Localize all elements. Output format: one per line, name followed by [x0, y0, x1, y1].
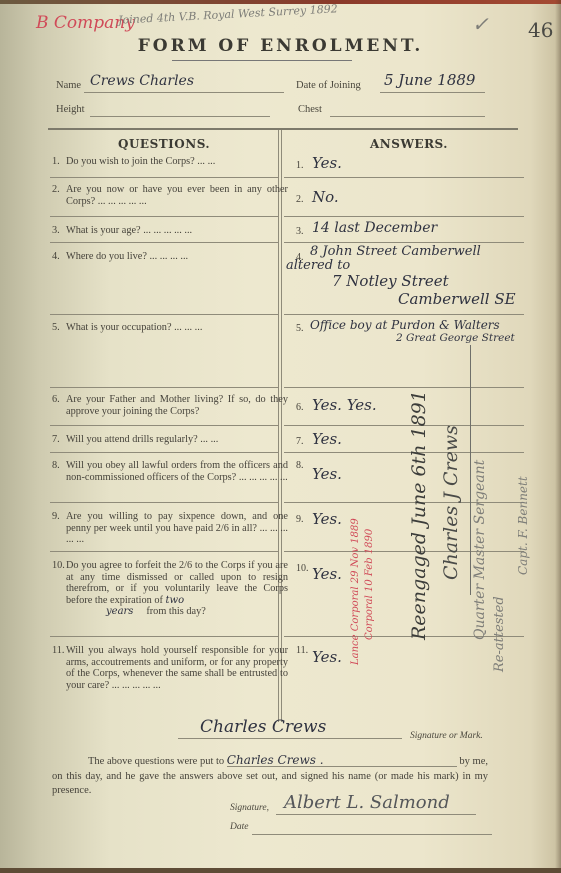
question-11: 11.Will you always hold yourself respons… [52, 645, 288, 691]
row-divider [50, 551, 278, 552]
row-divider [284, 216, 524, 217]
row-divider [284, 425, 524, 426]
height-field[interactable] [90, 116, 270, 117]
question-10: 10.Do you agree to forfeit the 2/6 to th… [52, 560, 288, 618]
question-7: 7.Will you attend drills regularly? ... … [52, 434, 288, 446]
margin-note-divider [470, 345, 471, 595]
question-9: 9.Are you willing to pay sixpence down, … [52, 511, 288, 546]
answer-number: 8. [296, 460, 304, 471]
question-text: Do you wish to join the Corps? ... ... [66, 156, 215, 167]
answers-header: ANSWERS. [370, 137, 448, 151]
signature-or-mark-label: Signature or Mark. [410, 731, 483, 741]
answer-number: 10. [296, 563, 309, 574]
question-number: 11. [52, 645, 66, 657]
chest-field[interactable] [330, 116, 485, 117]
recruit-signature-line [178, 738, 402, 739]
name-field[interactable]: Crews Charles [90, 73, 194, 89]
name-label: Name [56, 80, 81, 91]
answer-number: 2. [296, 194, 304, 205]
title-underline [172, 60, 352, 61]
answer-number: 3. [296, 226, 304, 237]
row-divider [284, 636, 524, 637]
height-label: Height [56, 104, 85, 115]
answer-7[interactable]: Yes. [312, 430, 342, 448]
answer-number: 9. [296, 514, 304, 525]
row-divider [284, 502, 524, 503]
row-divider [284, 387, 524, 388]
page-title: FORM OF ENROLMENT. [0, 36, 561, 56]
question-2: 2.Are you now or have you ever been in a… [52, 184, 288, 207]
reengaged-note: Reengaged June 6th 1891 [408, 390, 430, 640]
answer-2[interactable]: No. [312, 188, 339, 206]
answer-4-line-4[interactable]: Camberwell SE [398, 290, 516, 308]
row-divider [284, 551, 524, 552]
answer-3[interactable]: 14 last December [312, 220, 437, 236]
question-number: 10. [52, 560, 66, 572]
red-note-corporal: Corporal 10 Feb 1890 [364, 529, 375, 640]
row-divider [284, 452, 524, 453]
row-divider [50, 177, 278, 178]
question-text: Are your Father and Mother living? If so… [66, 394, 288, 417]
question-text: Will you obey all lawful orders from the… [66, 460, 288, 483]
answer-number: 11. [296, 645, 308, 656]
check-mark-icon: ✓ [472, 12, 489, 36]
date-field-line [380, 92, 485, 93]
row-divider [50, 452, 278, 453]
pencil-note-qms: Quarter Master Sergeant [472, 460, 488, 640]
date-of-joining-field[interactable]: 5 June 1889 [384, 71, 475, 89]
officer-signature-label: Signature, [230, 803, 269, 813]
question-text: What is your occupation? ... ... ... [66, 322, 202, 333]
pencil-note-reattested: Re-attested [492, 596, 507, 672]
question-6: 6.Are your Father and Mother living? If … [52, 394, 288, 417]
row-divider [50, 636, 278, 637]
question-text-end: from this day? [146, 606, 205, 617]
question-number: 7. [52, 434, 66, 446]
reengaged-signature: Charles J Crews [440, 425, 462, 580]
page-top-edge [0, 0, 561, 4]
date-field[interactable] [252, 834, 492, 835]
question-4: 4.Where do you live? ... ... ... ... [52, 251, 288, 263]
answer-11[interactable]: Yes. [312, 648, 342, 666]
joined-note-annotation: Joined 4th V.B. Royal West Surrey 1892 [118, 2, 338, 26]
question-number: 3. [52, 225, 66, 237]
answer-4[interactable]: 8 John Street Camberwell [310, 244, 481, 259]
question-text: Will you always hold yourself responsibl… [66, 645, 288, 691]
recruit-signature[interactable]: Charles Crews [200, 717, 326, 737]
question-number: 5. [52, 322, 66, 334]
answer-number: 5. [296, 323, 304, 334]
answer-4-line-3[interactable]: 7 Notley Street [332, 272, 449, 290]
question-number: 6. [52, 394, 66, 406]
chest-label: Chest [298, 104, 322, 115]
question-number: 2. [52, 184, 66, 196]
answer-1[interactable]: Yes. [312, 154, 342, 172]
red-note-lance-corporal: Lance Corporal 29 Nov 1889 [350, 518, 361, 665]
question-number: 1. [52, 156, 66, 168]
question-number: 4. [52, 251, 66, 263]
answer-5-line-2[interactable]: 2 Great George Street [396, 332, 515, 344]
statement-name-field[interactable]: Charles Crews . [227, 754, 457, 767]
row-divider [284, 242, 524, 243]
answer-number: 1. [296, 160, 304, 171]
answer-9[interactable]: Yes. [312, 510, 342, 528]
row-divider [50, 387, 278, 388]
answer-10[interactable]: Yes. [312, 565, 342, 583]
answer-6[interactable]: Yes. Yes. [312, 396, 377, 414]
page-bottom-edge [0, 868, 561, 873]
question-3: 3.What is your age? ... ... ... ... ... [52, 225, 288, 237]
name-field-line [84, 92, 284, 93]
row-divider [50, 216, 278, 217]
question-number: 8. [52, 460, 66, 472]
questions-header: QUESTIONS. [118, 137, 210, 151]
column-divider-right [281, 130, 282, 722]
question-text: Where do you live? ... ... ... ... [66, 251, 188, 262]
answer-4-line-2[interactable]: altered to [286, 258, 350, 273]
officer-signature[interactable]: Albert L. Salmond [284, 792, 450, 813]
table-top-rule [48, 128, 518, 130]
pencil-note-captain: Capt. F. Bennett [516, 476, 530, 575]
answer-8[interactable]: Yes. [312, 465, 342, 483]
question-10-fill-field-2[interactable]: years [106, 606, 133, 617]
row-divider [284, 177, 524, 178]
row-divider [50, 242, 278, 243]
date-label: Date [230, 822, 248, 832]
question-text: Will you attend drills regularly? ... ..… [66, 434, 218, 445]
row-divider [50, 314, 278, 315]
question-10-fill-field[interactable]: two [166, 595, 185, 606]
officer-signature-line [276, 814, 476, 815]
question-text: Are you now or have you ever been in any… [66, 184, 288, 207]
answer-number: 6. [296, 402, 304, 413]
date-of-joining-label: Date of Joining [296, 80, 361, 91]
question-5: 5.What is your occupation? ... ... ... [52, 322, 288, 334]
answer-number: 7. [296, 436, 304, 447]
row-divider [284, 314, 524, 315]
page-right-shadow [555, 0, 561, 873]
question-8: 8.Will you obey all lawful orders from t… [52, 460, 288, 483]
question-text: What is your age? ... ... ... ... ... [66, 225, 192, 236]
row-divider [50, 502, 278, 503]
statement-start: The above questions were put to [88, 756, 224, 767]
question-1: 1.Do you wish to join the Corps? ... ... [52, 156, 288, 168]
row-divider [50, 425, 278, 426]
question-number: 9. [52, 511, 66, 523]
column-divider-left [278, 130, 279, 722]
answer-5[interactable]: Office boy at Purdon & Walters [310, 318, 500, 332]
question-text: Are you willing to pay sixpence down, an… [66, 511, 288, 545]
